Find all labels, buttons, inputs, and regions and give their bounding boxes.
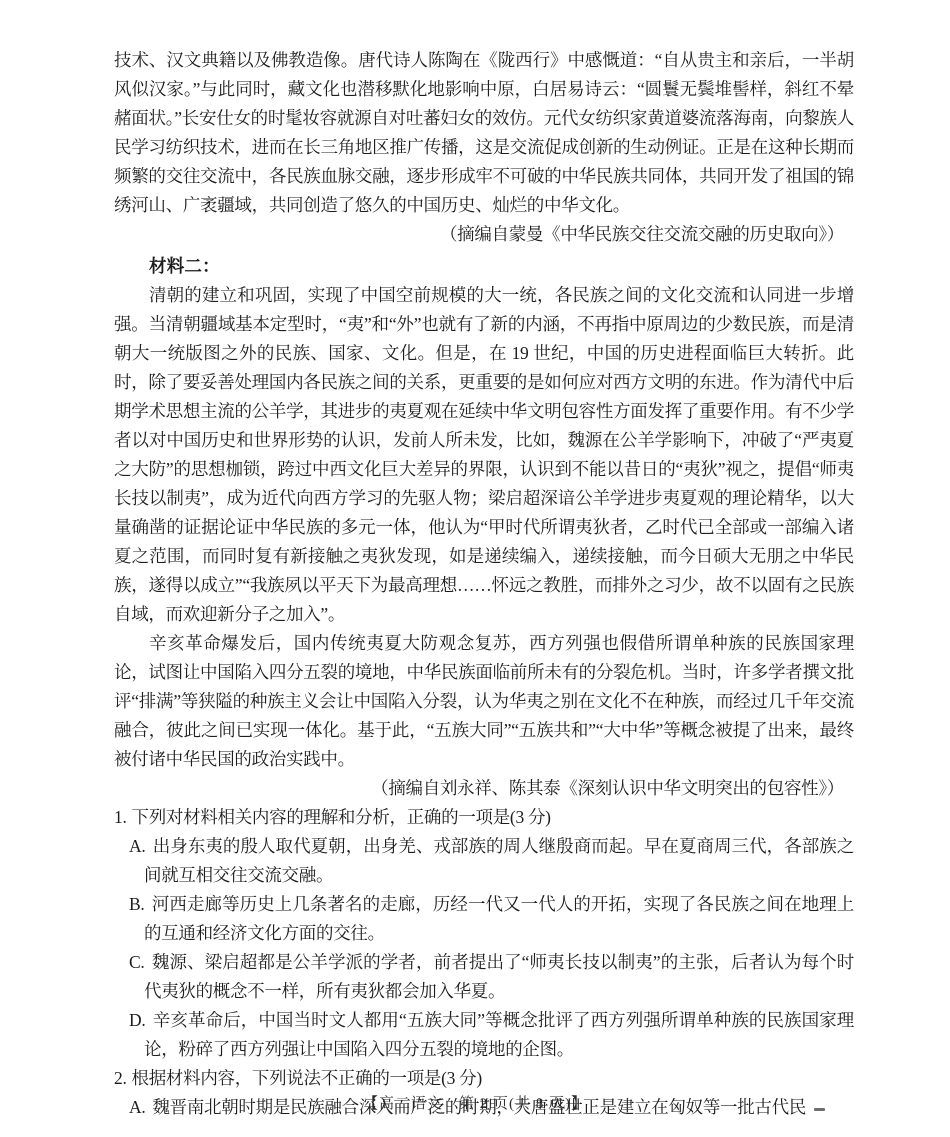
option-c-label: C. [129, 952, 144, 972]
question-1-option-d: D.辛亥革命后，中国当时文人都用“五族大同”等概念批评了西方列强所谓单种族的民族… [114, 1006, 854, 1064]
reading-materials: 技术、汉文典籍以及佛教造像。唐代诗人陈陶在《陇西行》中感慨道：“自从贵主和亲后，… [114, 46, 854, 803]
scan-artifact-mark [814, 1108, 825, 1111]
option-b-text: 河西走廊等历史上几条著名的走廊，历经一代又一代人的开拓，实现了各民族之间在地理上… [144, 894, 854, 943]
question-2-number: 2. [114, 1068, 127, 1088]
material-two-paragraph-1: 清朝的建立和巩固，实现了中国空前规模的大一统，各民族之间的文化交流和认同进一步增… [114, 281, 854, 629]
questions-section: 1.下列对材料相关内容的理解和分析，正确的一项是(3 分) A.出身东夷的殷人取… [114, 803, 854, 1122]
footer-text: 【高二语文 第 2 页(共 8 页)】 [363, 1096, 587, 1112]
question-1-option-a: A.出身东夷的殷人取代夏朝，出身羌、戎部族的周人继殷商而起。早在夏商周三代，各部… [114, 832, 854, 890]
option-b-label: B. [129, 894, 144, 914]
option-d-text: 辛亥革命后，中国当时文人都用“五族大同”等概念批评了西方列强所谓单种族的民族国家… [144, 1010, 854, 1059]
option-c-text: 魏源、梁启超都是公羊学派的学者，前者提出了“师夷长技以制夷”的主张，后者认为每个… [144, 952, 854, 1001]
question-2-stem-text: 根据材料内容，下列说法不正确的一项是(3 分) [132, 1068, 482, 1088]
question-1: 1.下列对材料相关内容的理解和分析，正确的一项是(3 分) A.出身东夷的殷人取… [114, 803, 854, 1064]
material-two-source: （摘编自刘永祥、陈其泰《深刻认识中华文明突出的包容性》） [114, 774, 854, 803]
question-1-number: 1. [114, 807, 127, 827]
option-d-label: D. [129, 1010, 145, 1030]
question-2-stem: 2.根据材料内容，下列说法不正确的一项是(3 分) [114, 1064, 854, 1093]
question-1-stem-text: 下列对材料相关内容的理解和分析，正确的一项是(3 分) [132, 807, 551, 827]
material-one-source: （摘编自蒙曼《中华民族交往交流交融的历史取向》） [114, 220, 854, 249]
question-1-option-b: B.河西走廊等历史上几条著名的走廊，历经一代又一代人的开拓，实现了各民族之间在地… [114, 890, 854, 948]
option-a-text: 出身东夷的殷人取代夏朝，出身羌、戎部族的周人继殷商而起。早在夏商周三代，各部族之… [144, 836, 854, 885]
exam-page: 技术、汉文典籍以及佛教造像。唐代诗人陈陶在《陇西行》中感慨道：“自从贵主和亲后，… [0, 0, 950, 1137]
page-footer: 【高二语文 第 2 页(共 8 页)】 [0, 1092, 950, 1113]
page-content: 技术、汉文典籍以及佛教造像。唐代诗人陈陶在《陇西行》中感慨道：“自从贵主和亲后，… [114, 46, 854, 1122]
question-1-option-c: C.魏源、梁启超都是公羊学派的学者，前者提出了“师夷长技以制夷”的主张，后者认为… [114, 948, 854, 1006]
material-two-heading: 材料二： [114, 252, 854, 281]
material-two-paragraph-2: 辛亥革命爆发后，国内传统夷夏大防观念复苏，西方列强也假借所谓单种族的民族国家理论… [114, 629, 854, 774]
question-1-stem: 1.下列对材料相关内容的理解和分析，正确的一项是(3 分) [114, 803, 854, 832]
option-a-label: A. [129, 836, 145, 856]
material-one-continuation-text: 技术、汉文典籍以及佛教造像。唐代诗人陈陶在《陇西行》中感慨道：“自从贵主和亲后，… [114, 46, 854, 220]
